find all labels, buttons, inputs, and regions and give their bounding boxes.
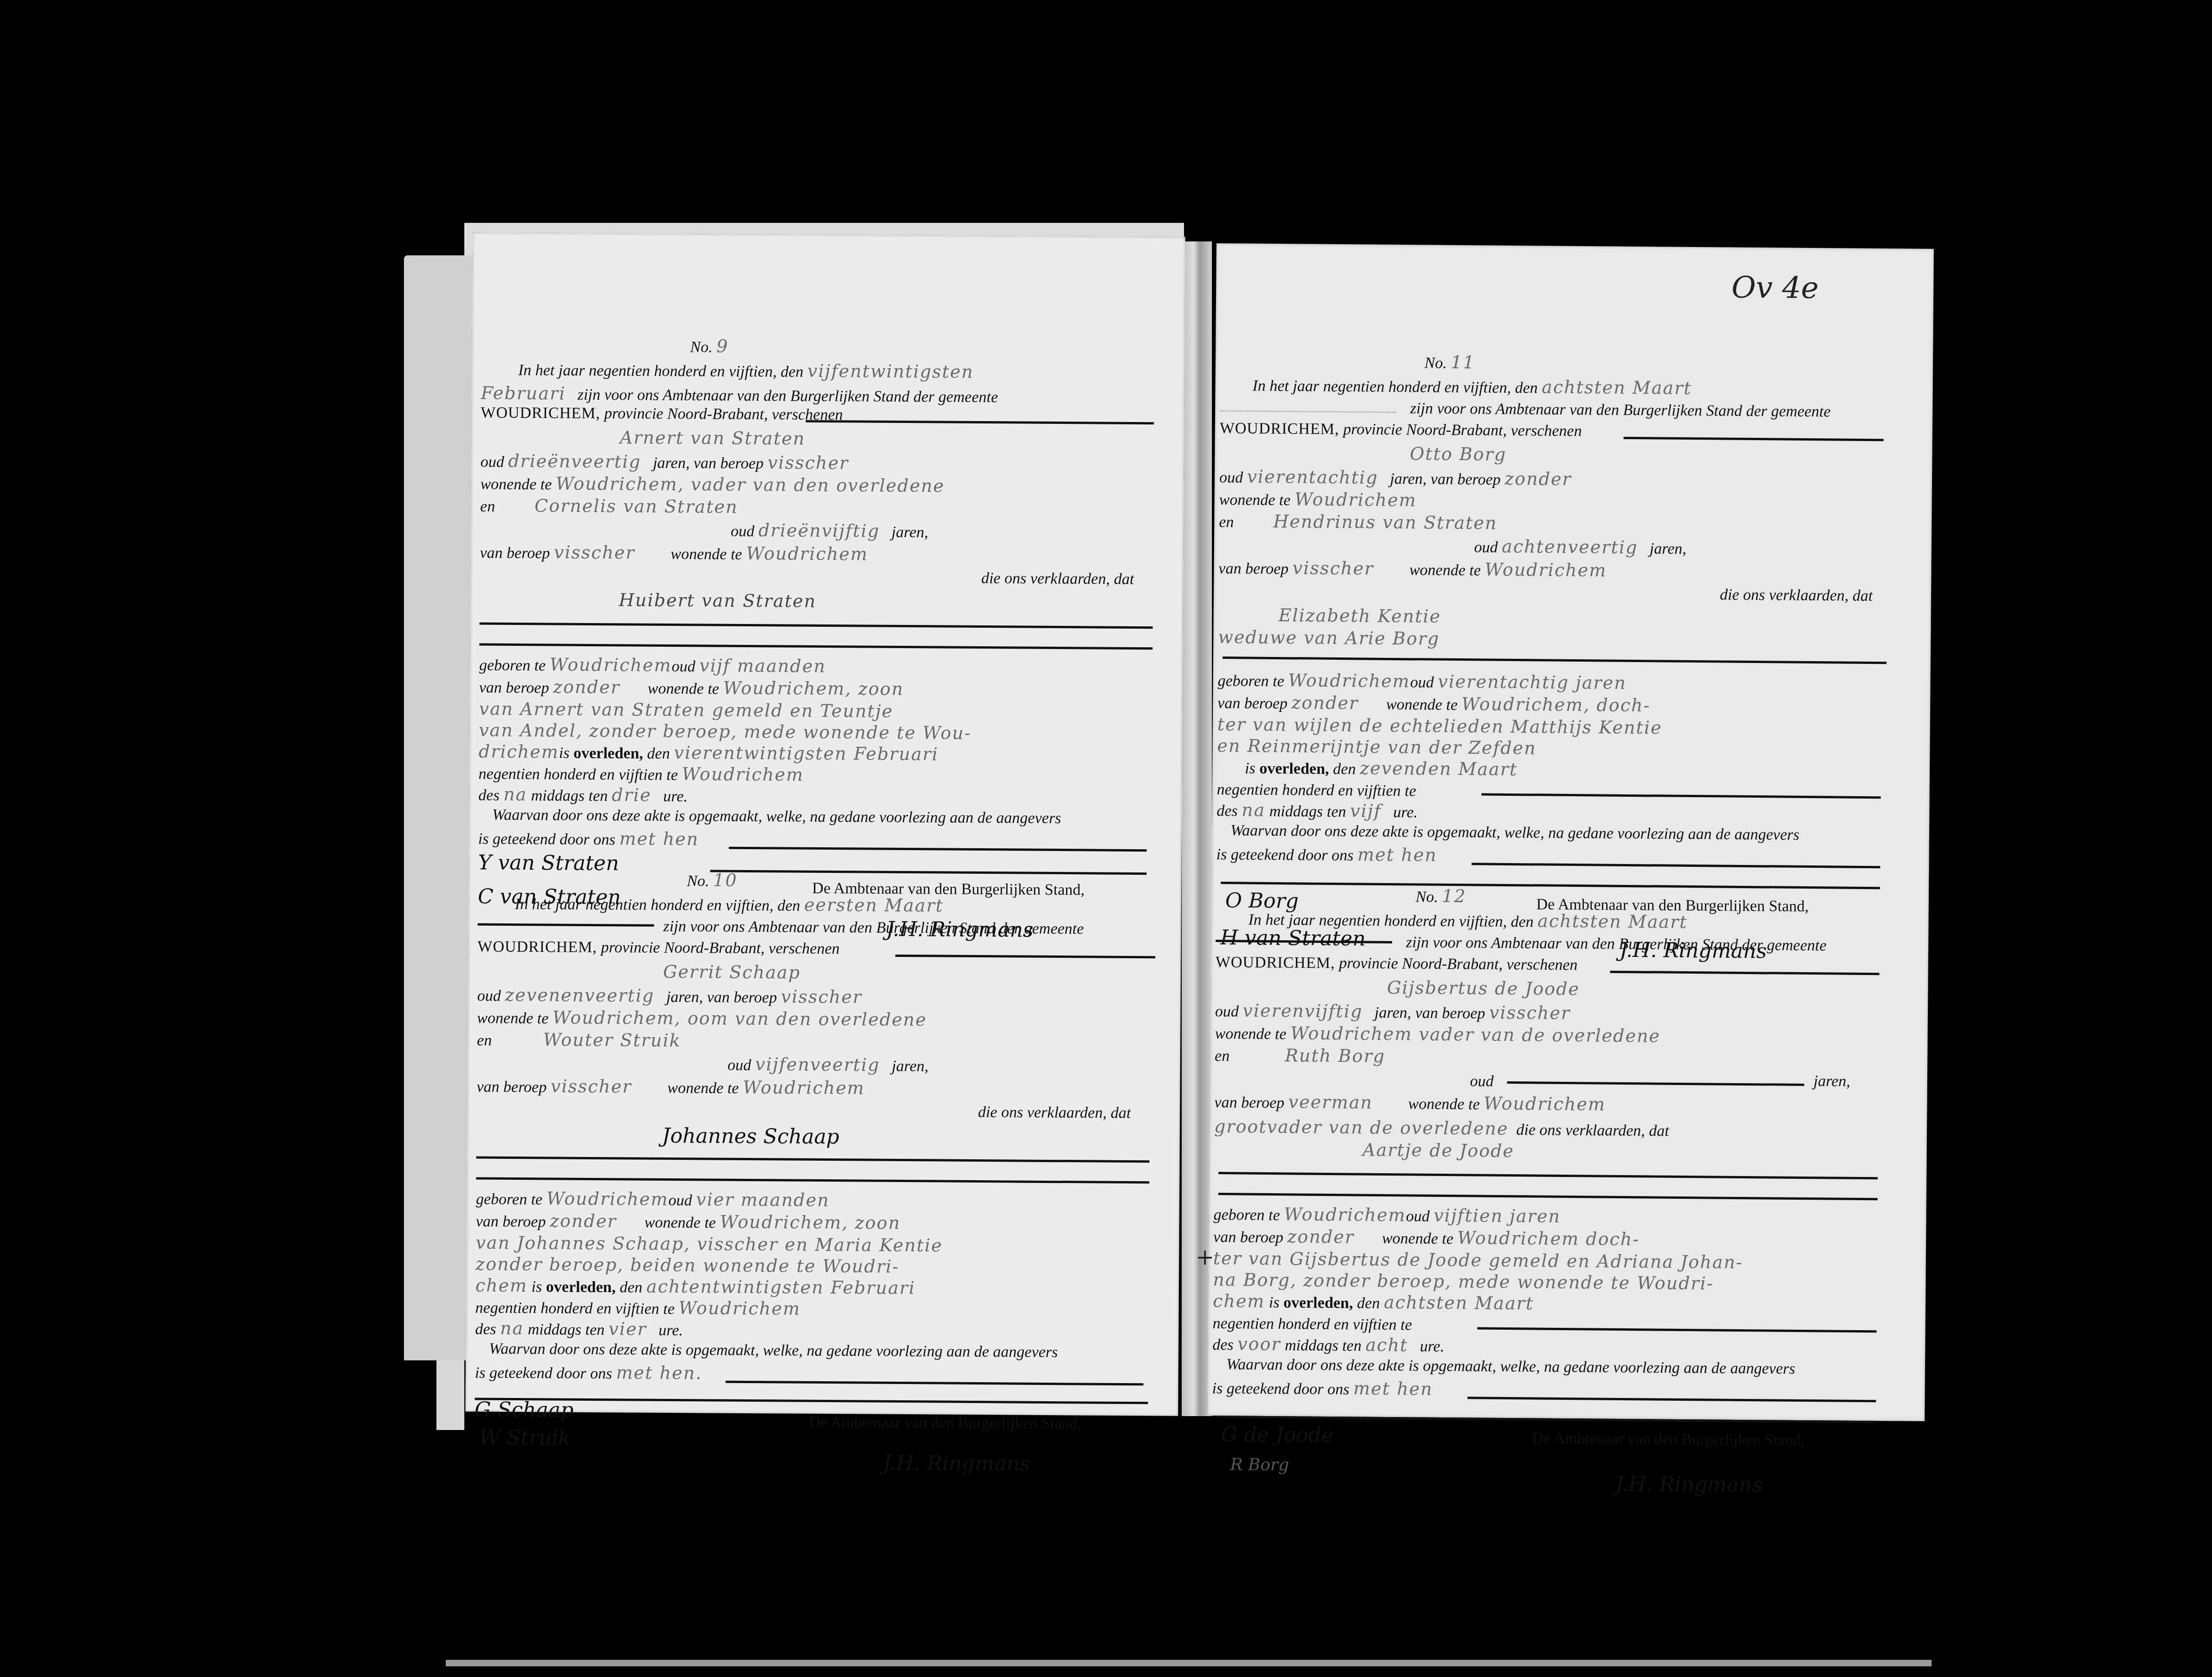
record-number-value: 11 — [1451, 352, 1475, 372]
declarant2-name: en Cornelis van Straten — [480, 495, 738, 517]
declarant1-residence: wonende te Woudrichem, vader van den ove… — [480, 473, 944, 496]
declarant1-residence: wonende te Woudrichem vader van de overl… — [1215, 1022, 1660, 1046]
deceased-occupation: van beroep zonder wonende te Woudrichem,… — [479, 676, 904, 699]
birth-line: geboren te Woudrichemoud vierentachtig j… — [1217, 669, 1626, 693]
book-gutter — [1182, 241, 1212, 1416]
fill-rule — [480, 622, 1153, 629]
declarant2-age-unit: jaren, — [1814, 1072, 1850, 1091]
death-time-line: des na middags ten vier ure. — [475, 1318, 683, 1339]
right-page: Ov 4e No. 11 In het jaar negentien honde… — [1207, 243, 1934, 1421]
fill-rule — [1482, 793, 1881, 799]
deceased-name: Johannes Schaap — [662, 1124, 839, 1149]
spine-stub — [436, 1360, 464, 1430]
declarant1-age-line: oud drieënveertig jaren, van beroep viss… — [481, 450, 849, 473]
municipality-line: WOUDRICHEM, provincie Noord-Brabant, ver… — [1220, 420, 1582, 440]
fill-rule — [806, 420, 1154, 425]
declarant2-occupation: van beroep visscher wonende te Woudriche… — [476, 1075, 865, 1098]
record-date: achtsten Maart — [1542, 377, 1692, 398]
deceased-extra: weduwe van Arie Borg — [1218, 627, 1440, 649]
declarant2-name: en Wouter Struik — [477, 1029, 681, 1051]
parents-line-1: van Johannes Schaap, visscher en Maria K… — [475, 1232, 943, 1255]
authority-line: zijn voor ons Ambtenaar van den Burgerli… — [664, 918, 1084, 938]
folio-annotation: Ov 4e — [1731, 271, 1819, 305]
authority-line: zijn voor ons Ambtenaar van den Burgerli… — [1406, 934, 1827, 955]
death-time-line: des na middags ten vijf ure. — [1217, 799, 1418, 821]
death-time-line: des na middags ten drie ure. — [478, 784, 688, 806]
fill-rule — [1477, 1327, 1877, 1332]
declarant1-name: Gerrit Schaap — [663, 962, 800, 983]
death-place-line: negentien honderd en vijftien te Woudric… — [475, 1296, 801, 1319]
deceased-name: Huibert van Straten — [619, 590, 816, 611]
official-label: De Ambtenaar van den Burgerlijken Stand, — [809, 1414, 1081, 1433]
declarant1-residence: wonende te Woudrichem, oom van den overl… — [477, 1007, 927, 1030]
signed-line: is geteekend door ons met hen — [1216, 843, 1437, 865]
parents-line-1: ter van Gijsbertus de Joode gemeld en Ad… — [1213, 1248, 1743, 1273]
record-number-value: 9 — [716, 336, 729, 357]
official-signature: J.H. Ringmans — [883, 1451, 1030, 1476]
birth-line: geboren te Woudrichemoud vijf maanden — [479, 654, 826, 676]
declarant1-name: Gijsbertus de Joode — [1387, 977, 1580, 999]
signature-1: Y van Straten — [478, 851, 619, 875]
fill-rule — [1610, 971, 1880, 975]
declarant2-name: en Ruth Borg — [1215, 1045, 1386, 1066]
fill-rule — [476, 1177, 1149, 1183]
death-line: drichemis overleden, den vierentwintigst… — [479, 741, 939, 764]
death-record-9: No. 9 In het jaar negentien honderd en v… — [472, 334, 1184, 338]
fill-rule — [710, 870, 1146, 875]
death-line: chem is overleden, den achtsten Maart — [1213, 1291, 1534, 1313]
record-number: No. 10 — [687, 870, 737, 890]
deceased-occupation: van beroep zonder wonende te Woudrichem,… — [476, 1210, 901, 1233]
parents-line-1: van Arnert van Straten gemeld en Teuntje — [479, 698, 893, 721]
municipality-line: WOUDRICHEM, provincie Noord-Brabant, ver… — [481, 404, 843, 424]
declarant2-occupation: van beroep veerman wonende te Woudrichem — [1214, 1091, 1606, 1115]
left-page: No. 9 In het jaar negentien honderd en v… — [465, 232, 1185, 1416]
deceased-name: Elizabeth Kentie — [1278, 605, 1441, 627]
declarant1-age-line: oud vierenvijftig jaren, van beroep viss… — [1215, 1000, 1571, 1023]
fill-rule — [1218, 1193, 1878, 1200]
intro-line: In het jaar negentien honderd en vijftie… — [1252, 375, 1692, 398]
closing-line: Waarvan door ons deze akte is opgemaakt,… — [1230, 822, 1800, 844]
record-number-value: 10 — [713, 870, 738, 890]
record-number: No. 12 — [1416, 885, 1466, 906]
declarant1-name: Otto Borg — [1410, 443, 1506, 465]
parents-line-2: zonder beroep, beiden wonende te Woudri- — [475, 1254, 899, 1277]
death-time-line: des voor middags ten acht ure. — [1212, 1333, 1444, 1356]
declarant2-age: oud drieënvijftig jaren, — [731, 520, 929, 542]
fill-rule — [729, 847, 1147, 851]
signature-2: W Struik — [479, 1425, 571, 1449]
official-label: De Ambtenaar van den Burgerlijken Stand, — [1532, 1430, 1805, 1449]
record-number: No. 9 — [690, 336, 729, 357]
fill-rule — [476, 1156, 1150, 1163]
declaration-line: die ons verklaarden, dat — [978, 1104, 1131, 1122]
authority-line: Februari zijn voor ons Ambtenaar van den… — [481, 383, 998, 406]
death-place-line: negentien honderd en vijftien te Woudric… — [479, 762, 804, 785]
fill-rule — [1217, 1416, 1876, 1423]
deceased-occupation: van beroep zonder wonende te Woudrichem … — [1213, 1226, 1639, 1249]
parents-line-2: van Andel, zonder beroep, mede wonende t… — [479, 720, 971, 743]
fill-rule — [1467, 1397, 1876, 1402]
declarant1-name: Arnert van Straten — [620, 427, 805, 448]
fill-rule — [1223, 656, 1887, 664]
fill-rule — [1218, 1172, 1878, 1179]
fill-rule — [475, 1397, 1148, 1404]
signed-line: is geteekend door ons met hen — [478, 827, 699, 849]
fill-rule — [726, 1381, 1144, 1385]
fill-rule — [1624, 437, 1884, 441]
death-record-11: No. 11 In het jaar negentien honderd en … — [1216, 350, 1933, 356]
register-backing-board — [404, 255, 474, 1360]
fill-rule — [895, 955, 1155, 958]
declarant2-relation: grootvader van de overledene die ons ver… — [1214, 1116, 1669, 1140]
birth-line: geboren te Woudrichemoud vier maanden — [476, 1188, 830, 1210]
fill-rule — [1471, 863, 1880, 868]
intro-line: In het jaar negentien honderd en vijftie… — [1248, 909, 1687, 932]
declaration-line: die ons verklaarden, dat — [981, 570, 1134, 588]
deceased-name: Aartje de Joode — [1362, 1140, 1514, 1162]
closing-line: Waarvan door ons deze akte is opgemaakt,… — [492, 806, 1061, 827]
record-number-value: 12 — [1442, 886, 1466, 906]
parents-line-2: na Borg, zonder beroep, mede wonende te … — [1213, 1269, 1714, 1293]
signature-1: G de Joode — [1221, 1423, 1334, 1447]
declarant2-name: en Hendrinus van Straten — [1219, 511, 1497, 533]
declarant1-age-line: oud zevenenveertig jaren, van beroep vis… — [477, 984, 862, 1007]
closing-line: Waarvan door ons deze akte is opgemaakt,… — [489, 1340, 1058, 1361]
record-number: No. 11 — [1425, 351, 1475, 372]
signed-line: is geteekend door ons met hen — [1212, 1377, 1433, 1399]
fill-rule — [1221, 882, 1880, 889]
closing-line: Waarvan door ons deze akte is opgemaakt,… — [1226, 1356, 1796, 1378]
authority-line: zijn voor ons Ambtenaar van den Burgerli… — [1410, 400, 1831, 421]
death-line: is overleden, den zevenden Maart — [1245, 757, 1518, 780]
death-place-line: negentien honderd en vijftien te — [1213, 1312, 1412, 1334]
fill-rule — [478, 923, 654, 926]
death-place-line: negentien honderd en vijftien te — [1217, 778, 1417, 800]
parents-line-1: ter van wijlen de echtelieden Matthijs K… — [1217, 714, 1662, 738]
signed-line: is geteekend door ons met hen. — [475, 1361, 703, 1383]
scan-bottom-strip — [446, 1660, 1932, 1666]
margin-cross-mark: + — [1196, 1244, 1214, 1270]
declarant2-age: oud — [1470, 1070, 1494, 1090]
fill-dots — [1220, 410, 1396, 413]
record-date: achtsten Maart — [1537, 910, 1687, 932]
signature-1: G Schaap — [475, 1397, 573, 1422]
fill-rule — [479, 643, 1152, 650]
declarant2-age: oud vijfenveertig jaren, — [728, 1054, 929, 1076]
municipality-line: WOUDRICHEM, provincie Noord-Brabant, ver… — [477, 938, 839, 958]
record-date-day: vijfentwintigsten — [807, 361, 974, 382]
declarant2-occupation: van beroep visscher wonende te Woudriche… — [1218, 557, 1607, 581]
declarant2-occupation: van beroep visscher wonende te Woudriche… — [480, 541, 868, 564]
record-date-month: Februari — [481, 383, 566, 403]
intro-line: In het jaar negentien honderd en vijftie… — [518, 359, 974, 382]
declaration-line: die ons verklaarden, dat — [1720, 586, 1873, 605]
official-signature: J.H. Ringmans — [1615, 1472, 1763, 1497]
municipality-line: WOUDRICHEM, provincie Noord-Brabant, ver… — [1216, 954, 1578, 974]
birth-line: geboren te Woudrichemoud vijftien jaren — [1213, 1203, 1561, 1227]
record-date: eersten Maart — [804, 895, 944, 916]
death-line: chem is overleden, den achtentwintigsten… — [475, 1275, 916, 1298]
signature-2: R Borg — [1230, 1455, 1289, 1475]
intro-line: In het jaar negentien honderd en vijftie… — [515, 893, 944, 916]
declarant2-age: oud achtenveertig jaren, — [1474, 536, 1686, 558]
fill-rule — [1507, 1081, 1804, 1086]
deceased-occupation: van beroep zonder wonende te Woudrichem,… — [1217, 692, 1651, 715]
declarant1-age-line: oud vierentachtig jaren, van beroep zond… — [1219, 466, 1572, 489]
declarant1-residence: wonende te Woudrichem — [1219, 488, 1417, 510]
parents-line-2: en Reinmerijntje van der Zefden — [1217, 735, 1536, 758]
